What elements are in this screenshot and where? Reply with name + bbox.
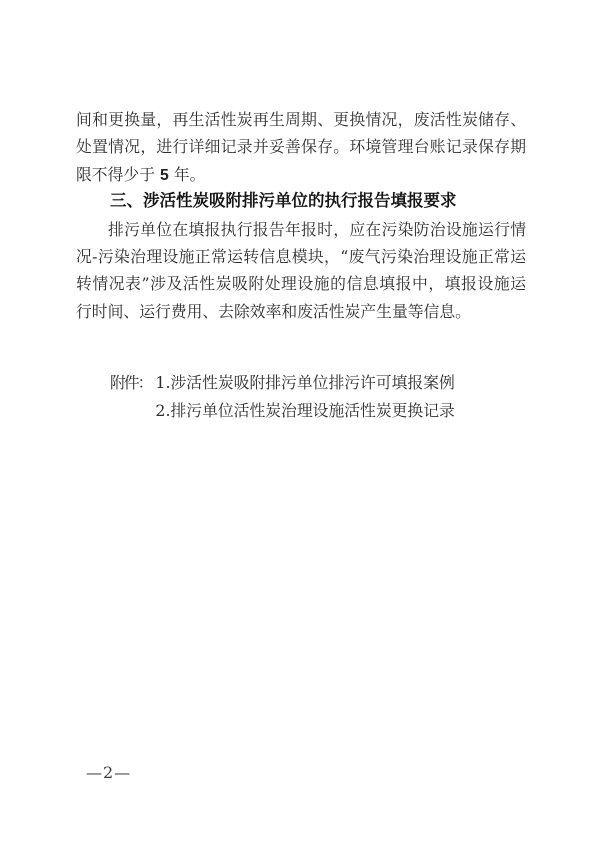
text-line: 处置情况，进行详细记录并妥善保存。环境管理台账记录保存期 xyxy=(76,133,526,160)
retention-years-number: 5 xyxy=(160,167,169,184)
text-line: 间和更换量，再生活性炭再生周期、更换情况，废活性炭储存、 xyxy=(76,106,526,133)
text-segment: 年。 xyxy=(169,165,206,184)
section-heading: 三、涉活性炭吸附排污单位的执行报告填报要求 xyxy=(76,188,526,215)
text-line: 行时间、运行费用、去除效率和废活性炭产生量等信息。 xyxy=(76,298,526,325)
attachment-title: 2.排污单位活性炭治理设施活性炭更换记录 xyxy=(155,401,454,420)
page-number: —2— xyxy=(86,762,131,784)
attachments-label: 附件： xyxy=(110,373,155,392)
attachments-block: 附件：1.涉活性炭吸附排污单位排污许可填报案例 附件：2.排污单位活性炭治理设施… xyxy=(76,369,526,424)
text-line: 限不得少于 5 年。 xyxy=(76,161,526,188)
attachment-item: 附件：2.排污单位活性炭治理设施活性炭更换记录 xyxy=(110,397,526,424)
document-page: 间和更换量，再生活性炭再生周期、更换情况，废活性炭储存、 处置情况，进行详细记录… xyxy=(0,0,600,848)
attachment-item: 附件：1.涉活性炭吸附排污单位排污许可填报案例 xyxy=(110,369,526,396)
attachment-title: 1.涉活性炭吸附排污单位排污许可填报案例 xyxy=(155,373,454,392)
paragraph-body: 排污单位在填报执行报告年报时，应在污染防治设施运行情 况-污染治理设施正常运转信… xyxy=(76,216,526,326)
text-line: 排污单位在填报执行报告年报时，应在污染防治设施运行情 xyxy=(76,216,526,243)
paragraph-continuation: 间和更换量，再生活性炭再生周期、更换情况，废活性炭储存、 处置情况，进行详细记录… xyxy=(76,106,526,188)
document-content: 间和更换量，再生活性炭再生周期、更换情况，废活性炭储存、 处置情况，进行详细记录… xyxy=(76,106,526,424)
text-segment: 限不得少于 xyxy=(76,165,160,184)
text-line: 转情况表”涉及活性炭吸附处理设施的信息填报中，填报设施运 xyxy=(76,270,526,297)
text-line: 况-污染治理设施正常运转信息模块，“废气污染治理设施正常运 xyxy=(76,243,526,270)
